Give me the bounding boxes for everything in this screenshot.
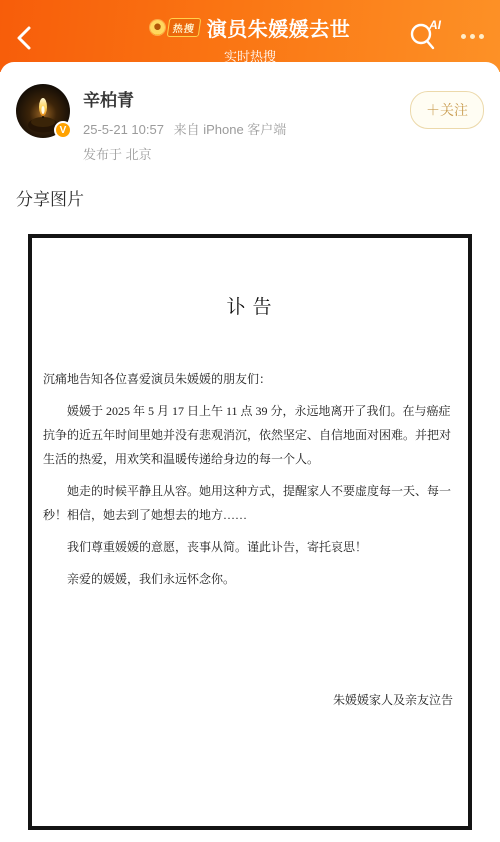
ai-search-button[interactable]: AI (404, 18, 442, 54)
ai-label: AI (429, 18, 441, 32)
header-actions: AI (404, 18, 490, 54)
notice-paragraph: 她走的时候平静且从容。她用这种方式，提醒家人不要虚度每一天、每一秒！相信，她去到… (43, 479, 455, 527)
page-title: 演员朱媛媛去世 (207, 13, 351, 42)
notice-paragraph: 亲爱的媛媛，我们永远怀念你。 (43, 567, 455, 591)
post-meta: 25-5-21 10:57 来自 iPhone 客户端 (83, 119, 410, 138)
post-card: V 辛柏青 25-5-21 10:57 来自 iPhone 客户端 发布于 北京… (0, 62, 500, 842)
notice-signature: 朱媛媛家人及亲友泣告 (43, 691, 455, 708)
avatar[interactable]: V (16, 84, 70, 138)
notice-title: 讣告 (43, 292, 455, 319)
notice-paragraph: 我们尊重媛媛的意愿，丧事从简。谨此讣告，寄托哀思！ (43, 535, 455, 559)
timestamp: 25-5-21 10:57 (83, 122, 164, 137)
post-info: 辛柏青 25-5-21 10:57 来自 iPhone 客户端 发布于 北京 (83, 84, 410, 163)
follow-button[interactable]: ＋关注 (410, 91, 484, 129)
post-header: V 辛柏青 25-5-21 10:57 来自 iPhone 客户端 发布于 北京… (0, 84, 500, 163)
post-location: 发布于 北京 (83, 144, 410, 163)
screen: 热搜 演员朱媛媛去世 实时热搜 AI (0, 0, 500, 842)
verified-badge: V (54, 121, 72, 139)
notice-salutation: 沉痛地告知各位喜爱演员朱媛媛的朋友们： (43, 367, 455, 391)
author-name[interactable]: 辛柏青 (83, 86, 410, 111)
client-source: 来自 iPhone 客户端 (174, 122, 287, 137)
hot-badge-label: 热搜 (166, 18, 201, 37)
more-button[interactable] (454, 18, 490, 54)
obituary-image[interactable]: 讣告 沉痛地告知各位喜爱演员朱媛媛的朋友们： 媛媛于 2025 年 5 月 17… (28, 234, 472, 830)
obituary-notice-box: 讣告 沉痛地告知各位喜爱演员朱媛媛的朋友们： 媛媛于 2025 年 5 月 17… (28, 234, 472, 830)
more-icon (461, 34, 466, 39)
hot-coin-icon (150, 20, 165, 35)
hot-search-badge: 热搜 (150, 18, 200, 37)
post-content: 分享图片 (16, 185, 484, 210)
notice-paragraph: 媛媛于 2025 年 5 月 17 日上午 11 点 39 分，永远地离开了我们… (43, 399, 455, 471)
